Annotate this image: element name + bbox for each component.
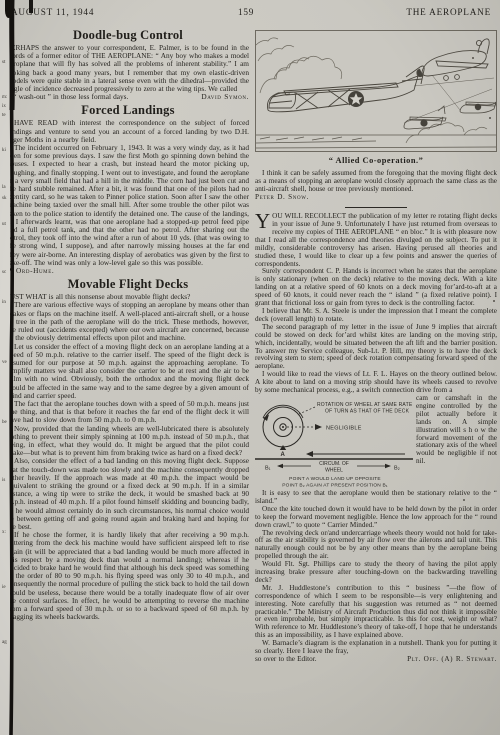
glider-illustration	[255, 30, 497, 152]
right-column: “ Allied Co-operation.” I think it can b…	[255, 30, 497, 664]
rotation-label: ROTATION OF WHEEL AT SAME RATE	[317, 402, 413, 408]
scan-speck	[485, 648, 487, 650]
svg-text:OF TURN AS THAT OF THE DECK: OF TURN AS THAT OF THE DECK	[325, 408, 410, 414]
paragraph: If he chose the former, it is hardly lik…	[7, 531, 249, 621]
paragraph: I think it can be safely assumed from th…	[255, 170, 497, 194]
paragraph: Mr. J. Huddlestone’s contribution to thi…	[255, 585, 497, 640]
point-a-label: A	[281, 452, 286, 458]
paragraph: Once the kite touched down it would have…	[255, 506, 497, 530]
signature-symon: David Symon.	[201, 93, 249, 101]
point-b1-label: B₁	[265, 465, 271, 471]
paragraph: The revolving deck or/and undercarriage …	[255, 530, 497, 562]
edge-text-fragment: be	[2, 420, 7, 425]
edge-text-fragment: ie	[2, 585, 6, 590]
diagram-caption: POINT A WOULD LAND UP OPPOSITE	[289, 476, 381, 482]
scan-edge-line	[0, 0, 20, 735]
scan-speck	[472, 57, 474, 59]
edge-text-fragment: m:	[2, 95, 7, 100]
svg-text:POINT B₂ AGAIN AT PRESENT POSI: POINT B₂ AGAIN AT PRESENT POSITION B₁	[282, 482, 388, 488]
paragraph: PERHAPS the answer to your correspondent…	[7, 44, 249, 93]
point-b2-label: B₂	[394, 465, 400, 471]
edge-text-fragment: ve	[2, 360, 7, 365]
paragraph: YOU WILL RECOLLECT the publication of my…	[255, 213, 497, 268]
signature-stewart: Plt. Off. (A) R. Stewart.	[407, 656, 497, 664]
circumference-label: CIRCUM. OF	[319, 461, 349, 467]
signature-line: it “ wash-out ” in those less formal day…	[7, 93, 249, 101]
section-divider	[345, 207, 407, 209]
section-heading-movable-decks: Movable Flight Decks	[7, 278, 249, 291]
illustration-caption: “ Allied Co-operation.”	[255, 157, 497, 165]
paragraph: The fact that the aeroplane touches down…	[7, 400, 249, 425]
edge-text-fragment: x:	[2, 530, 6, 535]
page-number: 159	[238, 7, 254, 17]
drop-cap: Y	[255, 213, 272, 229]
paragraph: W. Barnacle’s diagram is the explanation…	[255, 640, 497, 656]
section-heading-doodlebug: Doodle-bug Control	[7, 29, 249, 42]
edge-text-fragment: ut	[2, 222, 6, 227]
issue-date: AUGUST 11, 1944	[11, 7, 94, 17]
paragraph: I would like to read the views of Lt. F.…	[255, 371, 497, 395]
paragraph: The incident occurred on February 1, 194…	[7, 144, 249, 267]
scan-speck	[489, 117, 491, 119]
paragraph: There are various effective ways of stop…	[7, 301, 249, 342]
negligible-label: NEGLIGIBLE	[326, 425, 362, 431]
paragraph: It is easy to see that the aeroplane wou…	[255, 490, 497, 506]
edge-text-fragment: sk	[2, 196, 6, 201]
signature-snow: Peter D. Snow.	[255, 194, 497, 202]
paragraph: Also, consider the effect of a bad landi…	[7, 457, 249, 531]
svg-text:WHEEL: WHEEL	[325, 467, 343, 473]
edge-text-fragment: is	[2, 478, 5, 483]
closing-text: it “ wash-out ” in those less formal day…	[7, 93, 128, 101]
signature-line: so over to the Editor. Plt. Off. (A) R. …	[255, 656, 497, 664]
edge-text-fragment: te	[2, 113, 6, 118]
paragraph: Would Flt. Sgt. Phillips care to study t…	[255, 561, 497, 585]
scan-speck	[493, 300, 495, 302]
lead-text: OU WILL RECOLLECT the publication of my …	[255, 212, 497, 267]
paragraph: Surely correspondent C. P. Hands is inco…	[255, 268, 497, 308]
left-column: Doodle-bug Control PERHAPS the answer to…	[7, 26, 249, 621]
edge-text-fragment: st	[2, 60, 5, 65]
paragraph: The second paragraph of my letter in the…	[255, 324, 497, 371]
point-a-arrow-icon	[280, 445, 286, 450]
edge-text-fragment: ix	[2, 104, 6, 109]
paragraph: I HAVE READ with interest the correspond…	[7, 119, 249, 144]
scan-edge-mark	[29, 0, 33, 13]
edge-text-fragment: ag	[2, 640, 7, 645]
edge-text-fragment: sc	[2, 270, 6, 275]
signature-ordhume: P. Ord-Hume.	[7, 267, 249, 275]
paragraph: I believe that Mr. S. A. Steele is under…	[255, 308, 497, 324]
edge-text-fragment: in	[2, 300, 6, 305]
edge-text-fragment: ki	[2, 148, 6, 153]
paragraph: Now, provided that the landing wheels ar…	[7, 425, 249, 458]
magazine-title: THE AEROPLANE	[406, 7, 491, 17]
magazine-page: AUGUST 11, 1944 159 THE AEROPLANE Doodle…	[0, 0, 500, 735]
paragraph: Let us consider the effect of a moving f…	[7, 343, 249, 400]
edge-text-fragment: la	[2, 185, 6, 190]
section-heading-forced-landings: Forced Landings	[7, 104, 249, 117]
scan-speck	[463, 499, 465, 501]
closing-text: so over to the Editor.	[255, 656, 317, 664]
wheel-diagram: ROTATION OF WHEEL AT SAME RATE OF TURN A…	[255, 397, 413, 489]
